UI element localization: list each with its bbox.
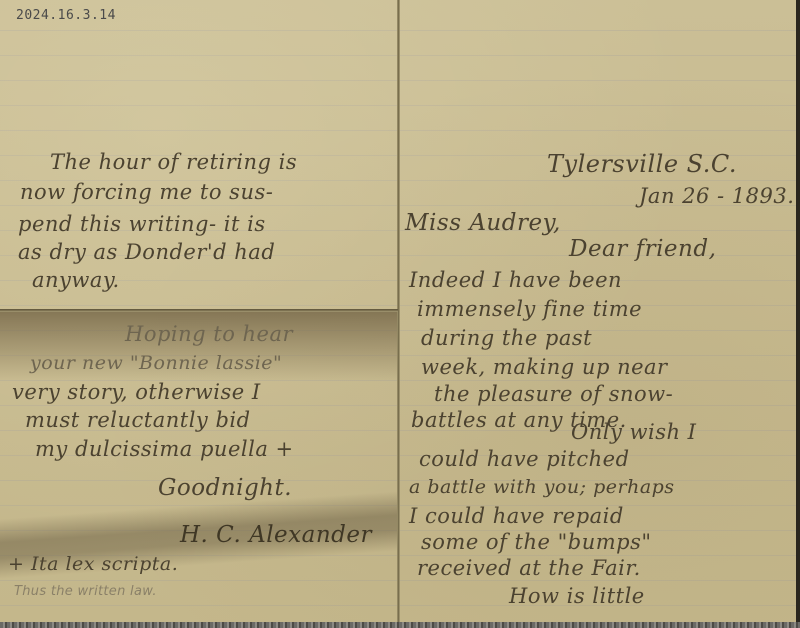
left-line-10: my dulcissima puella + xyxy=(35,437,294,461)
paper-sheet: 2024.16.3.14 The hour of retiring is now… xyxy=(0,0,796,622)
salutation: Miss Audrey, xyxy=(405,210,561,236)
signature: H. C. Alexander xyxy=(180,522,372,548)
date-heading: Jan 26 - 1893. xyxy=(639,184,794,208)
left-line-2: now forcing me to sus- xyxy=(20,180,273,204)
place-heading: Tylersville S.C. xyxy=(547,150,737,178)
right-line-12: could have pitched xyxy=(419,447,630,471)
right-line-9: the pleasure of snow- xyxy=(434,382,673,406)
right-line-5: Indeed I have been xyxy=(409,268,622,292)
left-line-goodnight: Goodnight. xyxy=(158,475,292,501)
greeting: Dear friend, xyxy=(569,236,716,262)
left-line-8: very story, otherwise I xyxy=(12,380,261,404)
right-page: Tylersville S.C. Jan 26 - 1893. Miss Aud… xyxy=(399,0,796,622)
letter-scan: 2024.16.3.14 The hour of retiring is now… xyxy=(0,0,800,628)
right-line-15: some of the "bumps" xyxy=(421,530,652,554)
left-line-3: pend this writing- it is xyxy=(18,212,266,236)
right-line-17: How is little xyxy=(509,584,645,608)
left-line-latin: + Ita lex scripta. xyxy=(8,553,178,575)
scan-edge-right xyxy=(796,0,800,628)
right-line-7: during the past xyxy=(421,326,592,350)
left-line-5: anyway. xyxy=(32,268,120,292)
archive-id-label: 2024.16.3.14 xyxy=(16,8,116,23)
right-line-8: week, making up near xyxy=(421,355,668,379)
right-line-11: Only wish I xyxy=(571,420,696,444)
right-line-16: received at the Fair. xyxy=(417,556,641,580)
left-line-6: Hoping to hear xyxy=(125,322,293,346)
right-line-13: a battle with you; perhaps xyxy=(409,476,675,498)
left-line-7: your new "Bonnie lassie" xyxy=(30,352,282,374)
left-line-1: The hour of retiring is xyxy=(50,150,297,174)
right-line-6: immensely fine time xyxy=(417,297,642,321)
left-line-9: must reluctantly bid xyxy=(25,408,251,432)
left-line-translation: Thus the written law. xyxy=(14,584,157,599)
left-line-4: as dry as Donder'd had xyxy=(18,240,275,264)
scan-edge-bottom xyxy=(0,622,800,628)
right-line-14: I could have repaid xyxy=(409,504,624,528)
horizontal-fold xyxy=(0,309,398,312)
